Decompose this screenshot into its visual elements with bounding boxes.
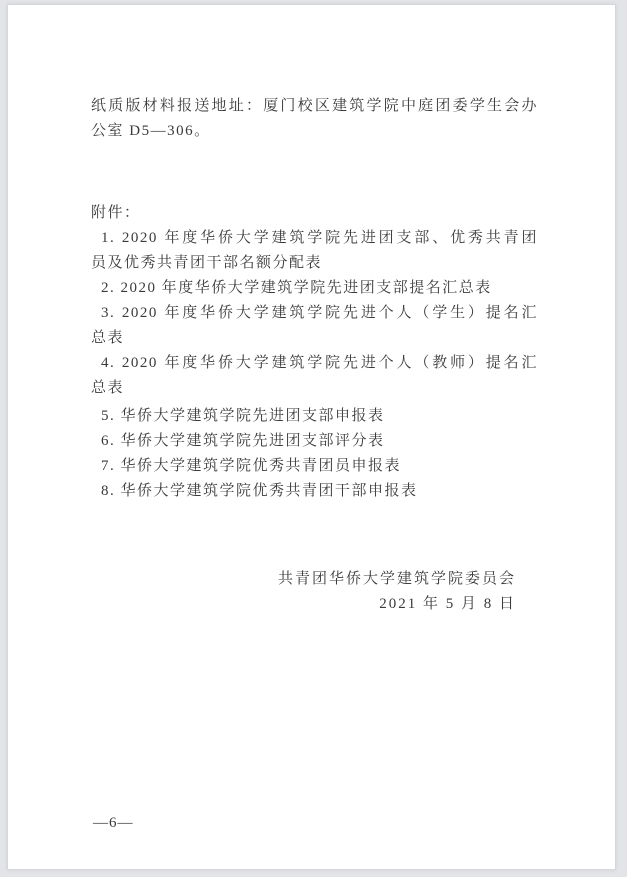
attachment-item-line: 1. 2020 年度华侨大学建筑学院先进团支部、优秀共青团 xyxy=(91,226,538,251)
attachment-item-line: 总表 xyxy=(91,376,538,401)
signature-block: 共青团华侨大学建筑学院委员会 2021 年 5 月 8 日 xyxy=(91,567,516,617)
attachment-item-line: 6. 华侨大学建筑学院先进团支部评分表 xyxy=(91,429,538,454)
attachment-item-line: 员及优秀共青团干部名额分配表 xyxy=(91,251,538,276)
address-line: 纸质版材料报送地址：厦门校区建筑学院中庭团委学生会办 xyxy=(91,94,538,119)
document-viewport: { "page": { "background_color": "#e3e4e7… xyxy=(0,0,627,877)
attachments-section: 附件： 1. 2020 年度华侨大学建筑学院先进团支部、优秀共青团 员及优秀共青… xyxy=(91,201,538,504)
attachment-item-line: 8. 华侨大学建筑学院优秀共青团干部申报表 xyxy=(91,479,538,504)
signature-date: 2021 年 5 月 8 日 xyxy=(91,592,516,617)
document-page: 纸质版材料报送地址：厦门校区建筑学院中庭团委学生会办 公室 D5—306。 附件… xyxy=(7,4,616,870)
address-line: 公室 D5—306。 xyxy=(91,119,538,144)
page-number: —6— xyxy=(93,811,134,836)
attachment-item-line: 2. 2020 年度华侨大学建筑学院先进团支部提名汇总表 xyxy=(91,276,538,301)
attachment-item-line: 4. 2020 年度华侨大学建筑学院先进个人（教师）提名汇 xyxy=(91,351,538,376)
attachment-item-line: 5. 华侨大学建筑学院先进团支部申报表 xyxy=(91,404,538,429)
address-paragraph: 纸质版材料报送地址：厦门校区建筑学院中庭团委学生会办 公室 D5—306。 xyxy=(91,94,538,144)
attachment-item-line: 总表 xyxy=(91,326,538,351)
attachments-heading: 附件： xyxy=(91,201,538,226)
attachment-item-line: 7. 华侨大学建筑学院优秀共青团员申报表 xyxy=(91,454,538,479)
attachment-item-line: 3. 2020 年度华侨大学建筑学院先进个人（学生）提名汇 xyxy=(91,301,538,326)
signature-organization: 共青团华侨大学建筑学院委员会 xyxy=(91,567,516,592)
